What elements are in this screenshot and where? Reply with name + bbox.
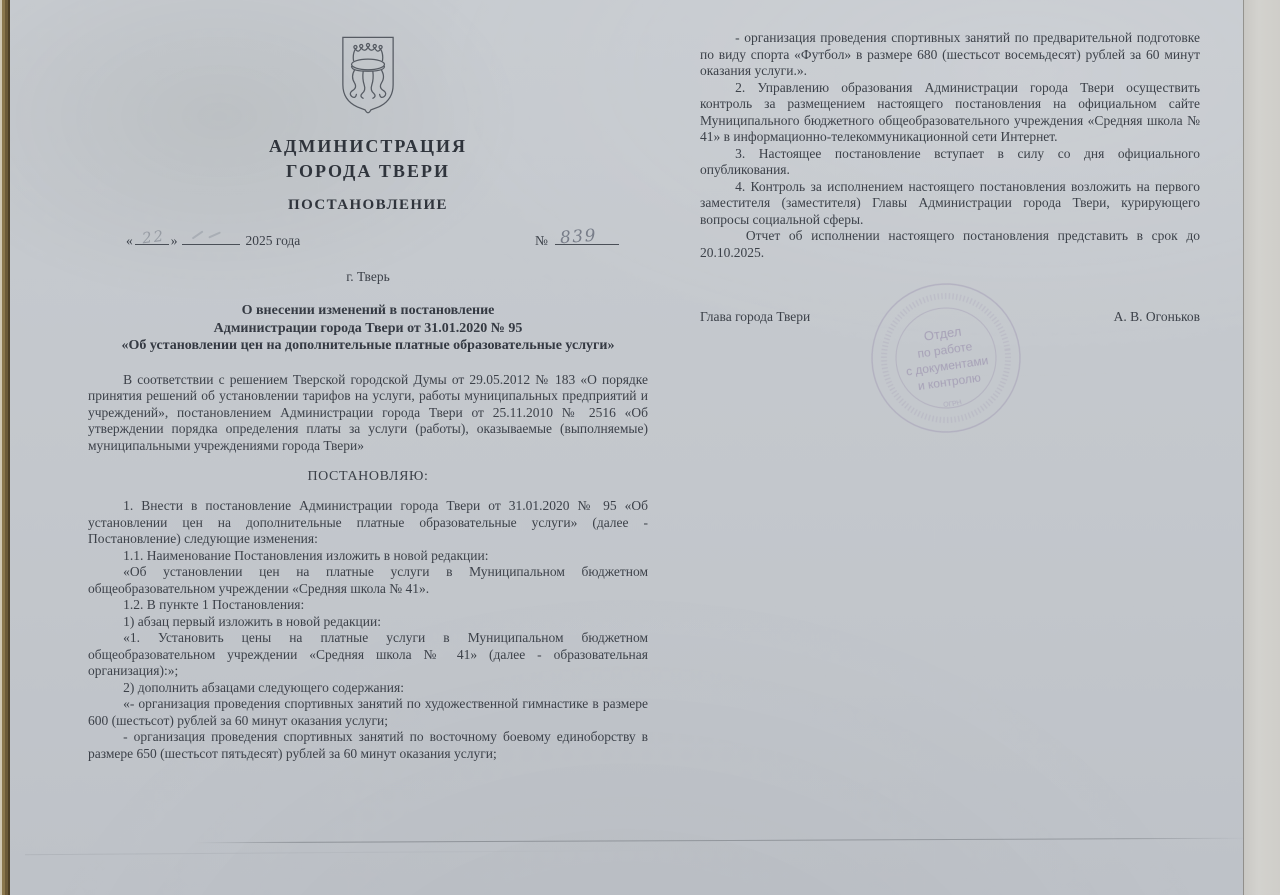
- org-name-line1: АДМИНИСТРАЦИЯ: [88, 134, 648, 159]
- number-blank: 839: [555, 230, 619, 245]
- signature-title: Глава города Твери: [700, 309, 810, 325]
- stamp-ring-fragment: ОГРН: [942, 399, 962, 409]
- paper-sheet: АДМИНИСТРАЦИЯ ГОРОДА ТВЕРИ ПОСТАНОВЛЕНИЕ…: [10, 0, 1244, 895]
- paper-crease: [195, 838, 1250, 844]
- date-blanks: «22»2025 года: [126, 230, 300, 249]
- signature-row: Глава города Твери А. В. Огоньков: [700, 309, 1200, 325]
- doc-title-line2: Администрации города Твери от 31.01.2020…: [88, 320, 648, 338]
- doc-type-heading: ПОСТАНОВЛЕНИЕ: [88, 197, 648, 214]
- body-paragraph: «Об установлении цен на платные услуги в…: [88, 564, 648, 597]
- handwritten-number: 839: [559, 226, 597, 249]
- date-month-blank: [182, 230, 240, 245]
- doc-title: О внесении изменений в постановление Адм…: [88, 302, 648, 355]
- quote-close: »: [171, 233, 178, 248]
- org-name-line2: ГОРОДА ТВЕРИ: [88, 159, 648, 184]
- stamp-text-line1: Отдел: [923, 324, 962, 344]
- page-one: АДМИНИСТРАЦИЯ ГОРОДА ТВЕРИ ПОСТАНОВЛЕНИЕ…: [88, 0, 648, 762]
- quote-open: «: [126, 233, 133, 248]
- body-paragraph: 1.1. Наименование Постановления изложить…: [88, 548, 648, 565]
- body-paragraph: 1) абзац первый изложить в новой редакци…: [88, 614, 648, 631]
- page-two: - организация проведения спортивных заня…: [700, 30, 1200, 325]
- doc-title-line1: О внесении изменений в постановление: [88, 302, 648, 320]
- stamp-text-line3: с документами: [905, 353, 989, 378]
- scan-edge-right: [1244, 0, 1280, 895]
- stamp-text-line2: по работе: [917, 339, 974, 361]
- body-paragraph: 3. Настоящее постановление вступает в си…: [700, 146, 1200, 179]
- resolve-heading: ПОСТАНОВЛЯЮ:: [88, 469, 648, 485]
- handwritten-day: 22: [141, 227, 166, 248]
- paper-crease: [25, 850, 665, 855]
- stamp-text-line4: и контролю: [917, 370, 982, 393]
- document-scan: АДМИНИСТРАЦИЯ ГОРОДА ТВЕРИ ПОСТАНОВЛЕНИЕ…: [0, 0, 1280, 895]
- doc-title-line3: «Об установлении цен на дополнительные п…: [88, 337, 648, 355]
- body-paragraph: 1.2. В пункте 1 Постановления:: [88, 597, 648, 614]
- scan-edge-left: [0, 0, 10, 895]
- body-paragraph: Отчет об исполнении настоящего постановл…: [700, 228, 1200, 261]
- body-paragraph: 1. Внести в постановление Администрации …: [88, 498, 648, 548]
- intro-paragraph: В соответствии с решением Тверской город…: [88, 372, 648, 455]
- faint-handwriting-mark: [191, 230, 203, 239]
- date-year: 2025 года: [246, 233, 301, 248]
- signature-name: А. В. Огоньков: [1114, 309, 1200, 325]
- place-line: г. Тверь: [88, 269, 648, 285]
- body-paragraph: «1. Установить цены на платные услуги в …: [88, 630, 648, 680]
- body-paragraph: 2) дополнить абзацами следующего содержа…: [88, 680, 648, 697]
- date-line: «22»2025 года №839: [88, 230, 648, 252]
- body-paragraph: «- организация проведения спортивных зан…: [88, 696, 648, 729]
- body-paragraph: - организация проведения спортивных заня…: [700, 30, 1200, 80]
- date-day-blank: 22: [135, 230, 169, 245]
- body-paragraph: 2. Управлению образования Администрации …: [700, 80, 1200, 146]
- doc-number: №839: [535, 230, 619, 249]
- tver-coat-of-arms-icon: [339, 34, 397, 125]
- body-paragraph: 4. Контроль за исполнением настоящего по…: [700, 179, 1200, 229]
- svg-text:ОГРН: ОГРН: [942, 399, 962, 409]
- faint-handwriting-mark: [208, 231, 220, 238]
- body-paragraph: - организация проведения спортивных заня…: [88, 729, 648, 762]
- number-label: №: [535, 233, 548, 248]
